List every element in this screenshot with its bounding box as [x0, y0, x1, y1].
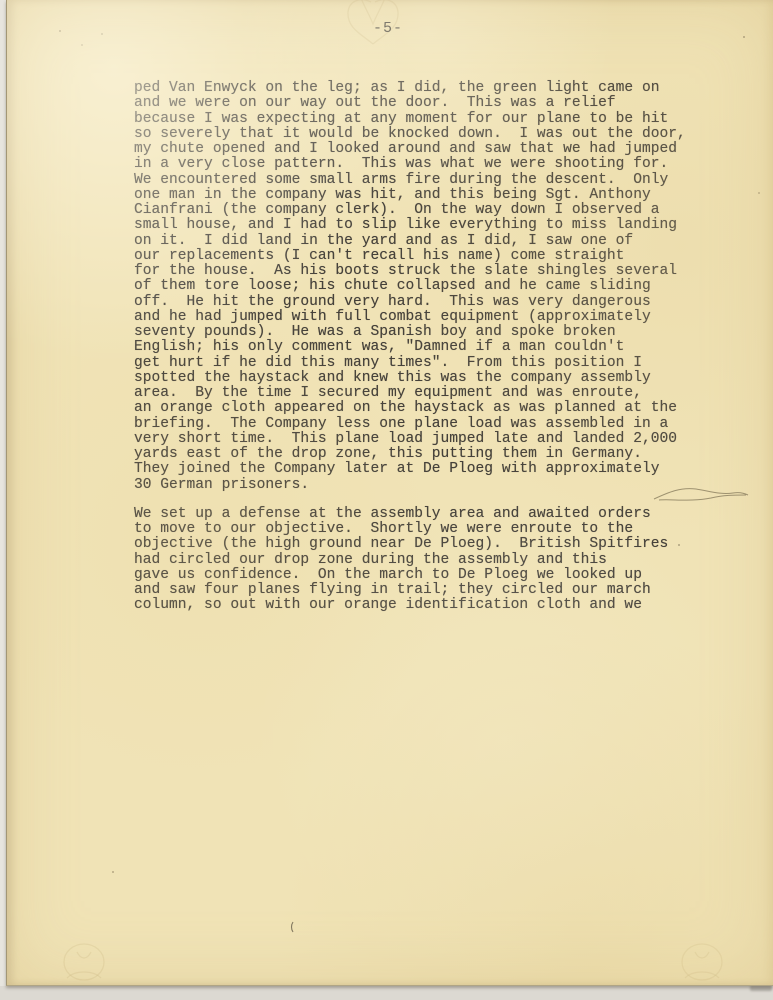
- page-number: -5-: [373, 20, 403, 37]
- scanned-document-page: -5- ped Van Enwyck on the leg; as I did,…: [0, 0, 773, 1000]
- typewritten-text-block: ped Van Enwyck on the leg; as I did, the…: [134, 81, 714, 614]
- pencil-squiggle-mark: [651, 482, 751, 508]
- pencil-tick-mark: [288, 920, 296, 932]
- paragraph-2: We set up a defense at the assembly area…: [134, 507, 714, 614]
- paper-sheet: -5- ped Van Enwyck on the leg; as I did,…: [6, 0, 773, 986]
- watermark-emblem-bottom-left-icon: [53, 938, 115, 986]
- watermark-emblem-bottom-right-icon: [671, 938, 733, 986]
- paper-specks: [7, 0, 9, 2]
- paragraph-1: ped Van Enwyck on the leg; as I did, the…: [134, 81, 714, 493]
- scanner-bed: [0, 986, 773, 1000]
